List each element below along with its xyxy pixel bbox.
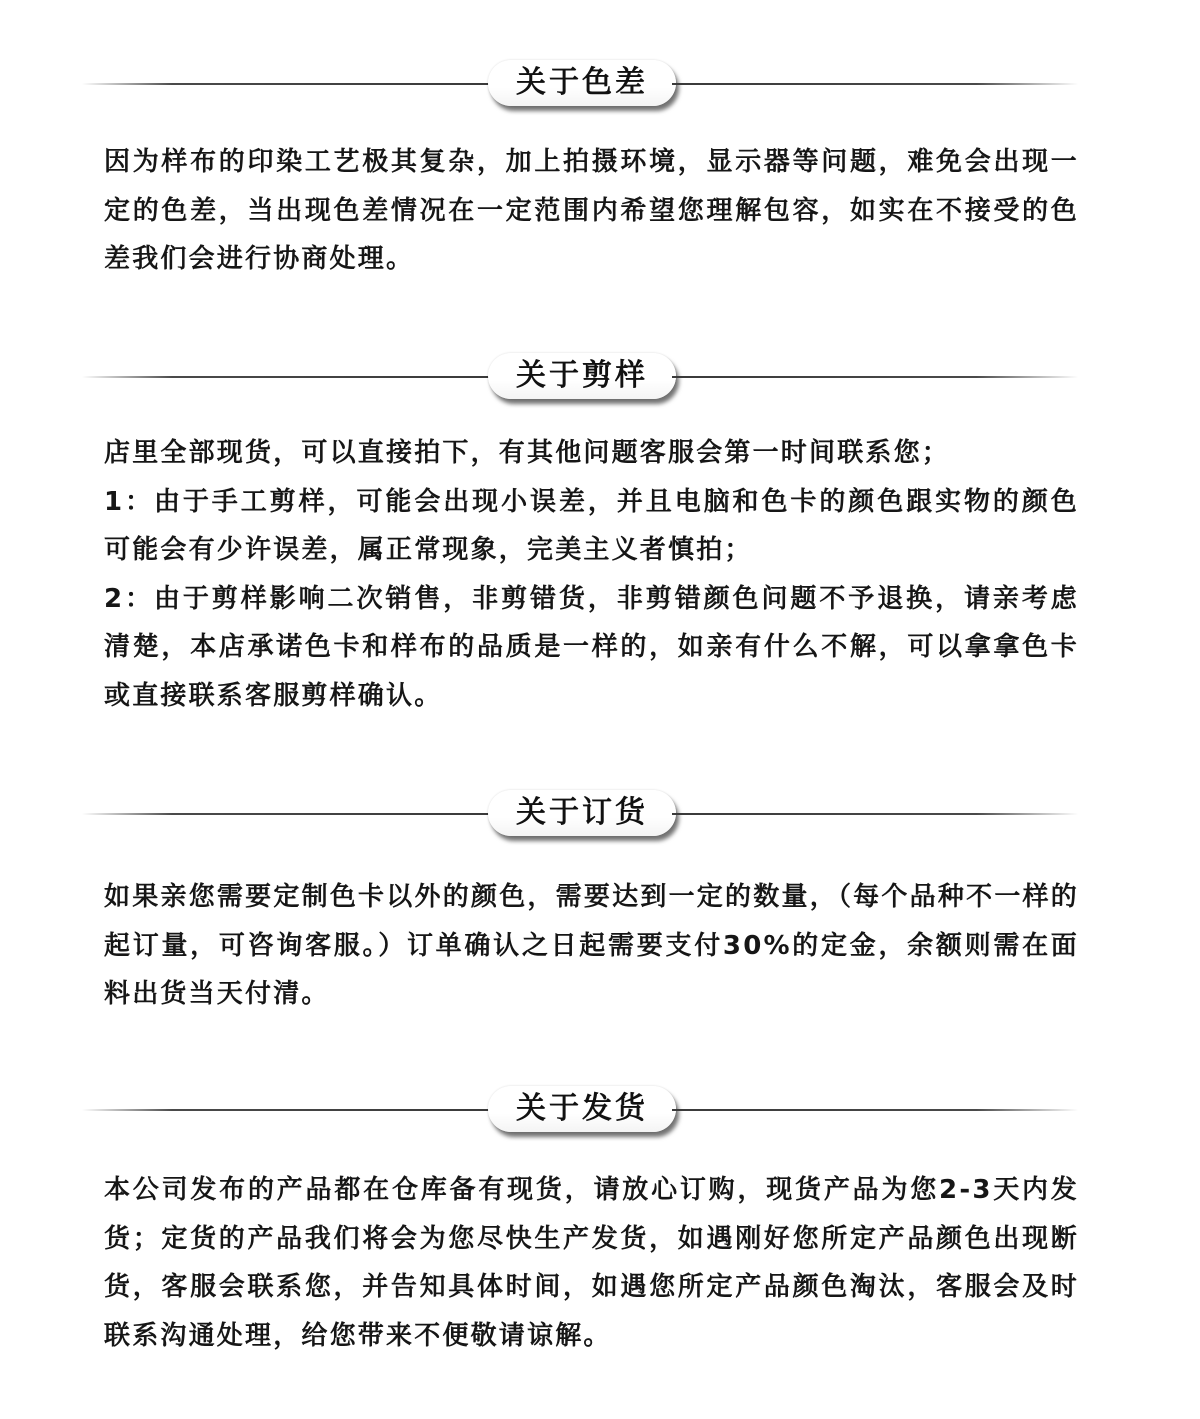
paragraph: 因为样布的印染工艺极其复杂，加上拍摄环境，显示器等问题，难免会出现一定的色差，当… bbox=[104, 138, 1079, 284]
section-title: 关于色差 bbox=[516, 68, 648, 98]
section-body: 本公司发布的产品都在仓库备有现货，请放心订购，现货产品为您2-3天内发货；定货的… bbox=[104, 1166, 1079, 1360]
section-body: 店里全部现货，可以直接拍下，有其他问题客服会第一时间联系您； 1：由于手工剪样，… bbox=[104, 429, 1079, 720]
section-title-badge: 关于发货 bbox=[488, 1086, 676, 1132]
section-title: 关于剪样 bbox=[516, 361, 648, 391]
section-body: 因为样布的印染工艺极其复杂，加上拍摄环境，显示器等问题，难免会出现一定的色差，当… bbox=[104, 138, 1079, 284]
section-color-difference: 关于色差 bbox=[0, 54, 1200, 114]
paragraph: 本公司发布的产品都在仓库备有现货，请放心订购，现货产品为您2-3天内发货；定货的… bbox=[104, 1166, 1079, 1360]
divider-line-right bbox=[672, 83, 1078, 85]
section-ordering: 关于订货 bbox=[0, 784, 1200, 844]
divider-line-right bbox=[672, 1109, 1078, 1111]
paragraph: 1：由于手工剪样，可能会出现小误差，并且电脑和色卡的颜色跟实物的颜色可能会有少许… bbox=[104, 478, 1079, 575]
section-heading: 关于发货 bbox=[0, 1080, 1200, 1140]
section-title-badge: 关于订货 bbox=[488, 790, 676, 836]
divider-line-left bbox=[82, 83, 492, 85]
divider-line-right bbox=[672, 376, 1078, 378]
section-title-badge: 关于剪样 bbox=[488, 353, 676, 399]
paragraph: 2：由于剪样影响二次销售，非剪错货，非剪错颜色问题不予退换，请亲考虑清楚，本店承… bbox=[104, 575, 1079, 721]
paragraph: 如果亲您需要定制色卡以外的颜色，需要达到一定的数量，（每个品种不一样的起订量，可… bbox=[104, 873, 1079, 1019]
section-shipping: 关于发货 bbox=[0, 1080, 1200, 1140]
divider-line-left bbox=[82, 1109, 492, 1111]
divider-line-left bbox=[82, 376, 492, 378]
divider-line-left bbox=[82, 813, 492, 815]
section-title: 关于发货 bbox=[516, 1094, 648, 1124]
section-body: 如果亲您需要定制色卡以外的颜色，需要达到一定的数量，（每个品种不一样的起订量，可… bbox=[104, 873, 1079, 1019]
section-title-badge: 关于色差 bbox=[488, 60, 676, 106]
section-heading: 关于订货 bbox=[0, 784, 1200, 844]
divider-line-right bbox=[672, 813, 1078, 815]
section-heading: 关于色差 bbox=[0, 54, 1200, 114]
section-heading: 关于剪样 bbox=[0, 347, 1200, 407]
section-sample-cutting: 关于剪样 bbox=[0, 347, 1200, 407]
section-title: 关于订货 bbox=[516, 798, 648, 828]
paragraph: 店里全部现货，可以直接拍下，有其他问题客服会第一时间联系您； bbox=[104, 429, 1079, 478]
